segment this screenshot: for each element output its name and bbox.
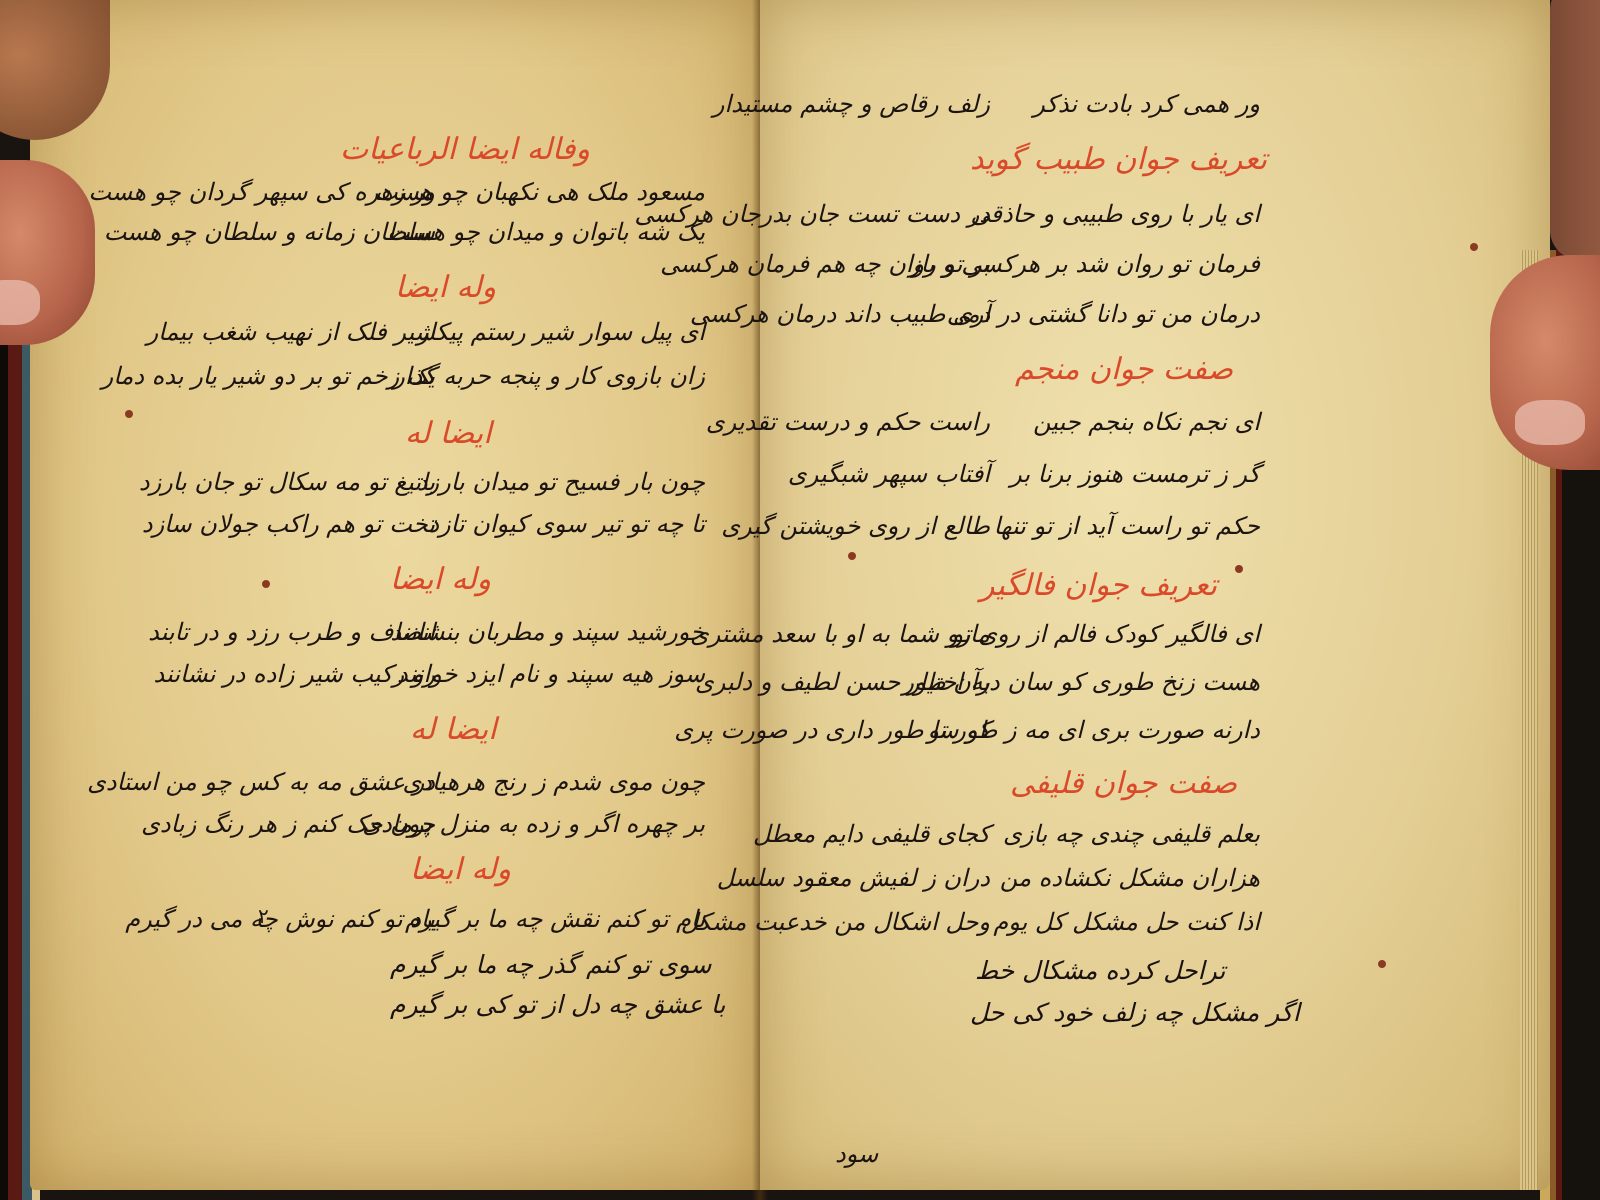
verse-row: فرمان تو روان شد بر هرکسی و باز بر تو رو… xyxy=(760,250,1260,278)
hemistich: ای پیل سوار شیر رستم پیکار xyxy=(475,318,705,346)
hemistich: نام تو کنم نقش چه ما بر گیرم xyxy=(475,905,705,933)
hemistich: زلف رقاص و چشم مستیدار xyxy=(760,90,990,118)
tail-verse: با عشق چه دل از تو کی بر گیرم xyxy=(390,990,725,1019)
verse-row: ای پیل سوار شیر رستم پیکار شیر فلک از نه… xyxy=(205,318,705,346)
verse-row: بر چهره اگر و زده به منزل برمادی چون حک … xyxy=(205,810,705,838)
hemistich: کجای قلیفی دایم معطل xyxy=(760,820,990,848)
hemistich: تخت تو هم راکب جولان سازد xyxy=(205,510,435,538)
verse-row: تا چه تو تیر سوی کیوان تازد تخت تو هم را… xyxy=(205,510,705,538)
folio-number: سود xyxy=(835,1140,878,1168)
verse-row: درمان من تو دانا گشتی در دمی آری طبیب دا… xyxy=(760,300,1260,328)
hemistich: گر ز ترمست هنوز برنا بر xyxy=(1030,460,1260,488)
hemistich: وحل اشکال من خدعبت مشکل xyxy=(760,908,990,936)
hemistich: زان بازوی کار و پنجه حربه گذار xyxy=(475,362,705,390)
hemistich: یک زخم تو بر دو شیر یار بده دمار xyxy=(205,362,435,390)
hemistich: شیر فلک از نهیب شغب بیمار xyxy=(205,318,435,346)
verse-row: بعلم قلیفی چندی چه بازی کجای قلیفی دایم … xyxy=(760,820,1260,848)
hemistich: چون حک کنم ز هر رنگ زبادی xyxy=(205,810,435,838)
hemistich: ای نجم نکاه بنجم جبین xyxy=(1030,408,1260,436)
verse-row: چون بار فسیح تو میدان بارزد باتیغ تو مه … xyxy=(205,468,705,496)
right-page: ور همی کرد بادت نذکر زلف رقاص و چشم مستی… xyxy=(760,0,1550,1190)
tail-verse: سوی تو کنم گذر چه ما بر گیرم xyxy=(390,950,711,979)
hemistich: تا چه تو تیر سوی کیوان تازد xyxy=(475,510,705,538)
left-heading-4: وله ایضا xyxy=(390,562,491,597)
hemistich: خورشید سپند و مطربان بنشانند xyxy=(475,618,705,646)
ink-spot xyxy=(125,410,133,418)
hemistich: آری طبیب داند درمان هرکسی xyxy=(760,300,990,328)
hemistich: کو سا طور داری در صورت پری xyxy=(760,716,990,744)
hemistich: بر تو روان چه هم فرمان هرکسی xyxy=(760,250,990,278)
thumbnail xyxy=(0,280,40,325)
hemistich: یاد تو کنم نوش چه می در گیرم xyxy=(205,905,435,933)
hemistich: دارنه صورت بری ای مه ز طور تو xyxy=(1030,716,1260,744)
verse-row: مسعود ملک هی نکهبان چو هست ور زهره کی سپ… xyxy=(205,178,705,206)
left-heading-1: وفاله ایضا الرباعیات xyxy=(340,132,590,167)
hemistich: فرمان تو روان شد بر هرکسی و باز xyxy=(1030,250,1260,278)
verse-row: سوز هیه سپند و نام ایزد خوانند رو رکیب ش… xyxy=(205,660,705,688)
hemistich: به اختیار حسن لطیف و دلبری xyxy=(760,668,990,696)
hemistich: آفتاب سپهر شبگیری xyxy=(760,460,990,488)
hemistich: بر چهره اگر و زده به منزل برمادی xyxy=(475,810,705,838)
ink-spot xyxy=(848,552,856,560)
tail-verse: تراحل کرده مشکال خط xyxy=(975,956,1225,985)
verse-row: گر ز ترمست هنوز برنا بر آفتاب سپهر شبگیر… xyxy=(760,460,1260,488)
left-heading-3: ایضا له xyxy=(405,416,492,451)
finger-right-top xyxy=(1550,0,1600,260)
verse-row: اذا کنت حل مشکل کل یوم وحل اشکال من خدعب… xyxy=(760,908,1260,936)
hemistich: در عشق مه به کس چو من استادی xyxy=(205,768,435,796)
ink-spot xyxy=(1470,243,1478,251)
verse-row: حکم تو راست آید از تو تنها طالع از روی خ… xyxy=(760,512,1260,540)
hemistich: حکم تو راست آید از تو تنها xyxy=(1030,512,1260,540)
verse-row: ای یار با روی طبیبی و حاذقی در دست تست ج… xyxy=(760,200,1260,228)
ink-spot xyxy=(262,580,270,588)
hemistich: ور زهره کی سپهر گردان چو هست xyxy=(205,178,435,206)
hemistich: رو رکیب شیر زاده در نشانند xyxy=(205,660,435,688)
hemistich: دران ز لفیش معقود سلسل xyxy=(760,864,990,892)
right-heading-2: صفت جوان منجم xyxy=(1015,352,1233,387)
verse-row: نام تو کنم نقش چه ما بر گیرم یاد تو کنم … xyxy=(205,905,705,933)
verse-row: یک شه باتوان و میدان چو هست سلطان زمانه … xyxy=(205,218,705,246)
hemistich: سلطان زمانه و سلطان چو هست xyxy=(205,218,435,246)
hemistich: ور همی کرد بادت نذکر xyxy=(1030,90,1260,118)
verse-row-top: ور همی کرد بادت نذکر زلف رقاص و چشم مستی… xyxy=(760,90,1260,118)
hemistich: باتیغ تو مه سکال تو جان بارزد xyxy=(205,468,435,496)
left-heading-2: وله ایضا xyxy=(395,270,496,305)
right-heading-1: تعریف جوان طبیب گوید xyxy=(970,142,1267,177)
hemistich: اذا کنت حل مشکل کل یوم xyxy=(1030,908,1260,936)
verse-row: ای فالگیر کودک فالم از روی تو مارو شما ب… xyxy=(760,620,1260,648)
left-page: وفاله ایضا الرباعیات مسعود ملک هی نکهبان… xyxy=(30,0,760,1190)
manuscript-photo: وفاله ایضا الرباعیات مسعود ملک هی نکهبان… xyxy=(0,0,1600,1200)
hemistich: چون موی شدم ز رنج هرهیادی xyxy=(475,768,705,796)
thumbnail xyxy=(1515,400,1585,445)
left-heading-6: وله ایضا xyxy=(410,852,511,887)
hemistich: چون بار فسیح تو میدان بارزد xyxy=(475,468,705,496)
verse-row: هست زنخ طوری کو سان درآن طور به اختیار ح… xyxy=(760,668,1260,696)
hemistich: بعلم قلیفی چندی چه بازی xyxy=(1030,820,1260,848)
ink-spot xyxy=(1378,960,1386,968)
hemistich: راست حکم و درست تقدیری xyxy=(760,408,990,436)
right-heading-4: صفت جوان قلیفی xyxy=(1010,766,1237,801)
left-heading-5: ایضا له xyxy=(410,712,497,747)
right-heading-3: تعریف جوان فالگیر xyxy=(980,568,1217,603)
verse-row: زان بازوی کار و پنجه حربه گذار یک زخم تو… xyxy=(205,362,705,390)
verse-row: خورشید سپند و مطربان بنشانند انصاف و طرب… xyxy=(205,618,705,646)
hemistich: هزاران مشکل نکشاده من xyxy=(1030,864,1260,892)
hemistich: طالع از روی خویشتن گیری xyxy=(760,512,990,540)
hemistich: ای فالگیر کودک فالم از روی تو xyxy=(1030,620,1260,648)
tail-verse: اگر مشکل چه زلف خود کی حل xyxy=(970,998,1300,1027)
hemistich: هست زنخ طوری کو سان درآن طور xyxy=(1030,668,1260,696)
thumb-right xyxy=(1490,255,1600,470)
hemistich: مارو شما به او با سعد مشتری xyxy=(760,620,990,648)
hemistich: ای یار با روی طبیبی و حاذقی xyxy=(1030,200,1260,228)
hemistich: انصاف و طرب رزد و در تابند xyxy=(205,618,435,646)
hemistich: در دست تست جان بدرجان هرکسی xyxy=(760,200,990,228)
thumb-left xyxy=(0,160,95,345)
verse-row: هزاران مشکل نکشاده من دران ز لفیش معقود … xyxy=(760,864,1260,892)
ink-spot xyxy=(1235,565,1243,573)
hemistich: سوز هیه سپند و نام ایزد خوانند xyxy=(475,660,705,688)
verse-row: دارنه صورت بری ای مه ز طور تو کو سا طور … xyxy=(760,716,1260,744)
margin-number: ٢ xyxy=(258,904,269,928)
verse-row: ای نجم نکاه بنجم جبین راست حکم و درست تق… xyxy=(760,408,1260,436)
hemistich: درمان من تو دانا گشتی در دمی xyxy=(1030,300,1260,328)
verse-row: چون موی شدم ز رنج هرهیادی در عشق مه به ک… xyxy=(205,768,705,796)
